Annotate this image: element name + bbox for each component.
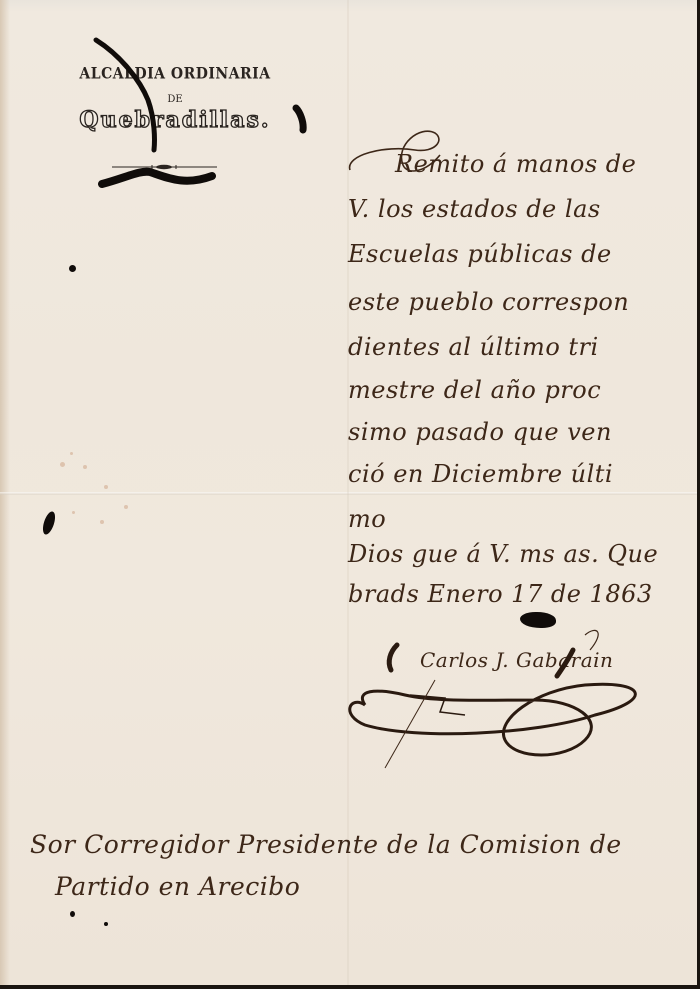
ink-dot: [70, 911, 75, 917]
foxing-spot: [60, 462, 65, 467]
foxing-spot: [104, 485, 108, 489]
body-line: mo: [348, 505, 386, 533]
ink-blot: [41, 510, 58, 536]
foxing-spot: [124, 505, 128, 509]
body-line: dientes al último tri: [348, 333, 599, 361]
body-line: este pueblo correspon: [348, 288, 629, 316]
foxing-spot: [72, 511, 75, 514]
body-line: mestre del año proc: [348, 376, 601, 404]
body-line: V. los estados de las: [348, 195, 601, 223]
capital-flourish-icon: [345, 125, 455, 185]
foxing-spot: [100, 520, 104, 524]
ink-dot: [104, 922, 108, 926]
date-line: brads Enero 17 de 1863: [348, 580, 653, 608]
body-line: Escuelas públicas de: [348, 240, 612, 268]
signature-rubric-icon: [335, 620, 665, 780]
body-line: ció en Diciembre últi: [348, 460, 613, 488]
foxing-spot: [70, 452, 73, 455]
body-line: simo pasado que ven: [348, 418, 612, 446]
ink-dot: [69, 265, 76, 272]
document-page: ALCALDIA ORDINARIA DE Quebradillas. Remi…: [0, 0, 697, 985]
addressee-line: Partido en Arecibo: [55, 872, 300, 901]
closing-line: Dios gue á V. ms as. Que: [348, 540, 658, 568]
foxing-spot: [83, 465, 87, 469]
addressee-line: Sor Corregidor Presidente de la Comision…: [30, 830, 622, 859]
